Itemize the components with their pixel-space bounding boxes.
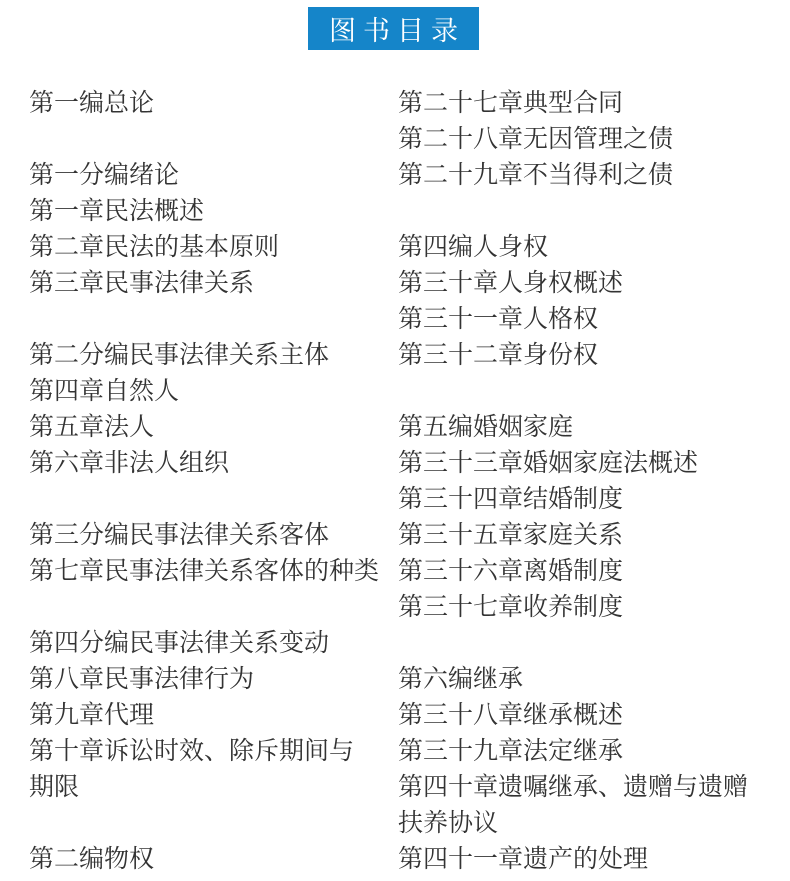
toc-entry: 第二十八章无因管理之债 bbox=[398, 121, 786, 157]
toc-entry: 期限 bbox=[29, 769, 395, 805]
toc-entry: 第三十章人身权概述 bbox=[398, 265, 786, 301]
toc-entry: 第三十五章家庭关系 bbox=[398, 517, 786, 553]
toc-entry: 第二十七章典型合同 bbox=[398, 85, 786, 121]
toc-blank-line bbox=[29, 121, 395, 157]
toc-entry: 第九章代理 bbox=[29, 697, 395, 733]
toc-entry: 第三十三章婚姻家庭法概述 bbox=[398, 445, 786, 481]
toc-blank-line bbox=[398, 625, 786, 661]
toc-entry: 第六编继承 bbox=[398, 661, 786, 697]
toc-entry: 第五编婚姻家庭 bbox=[398, 409, 786, 445]
toc-entry: 第五章法人 bbox=[29, 409, 395, 445]
toc-column-left: 第一编总论第一分编绪论第一章民法概述第二章民法的基本原则第三章民事法律关系第二分… bbox=[29, 85, 395, 877]
toc-entry: 第三章民事法律关系 bbox=[29, 265, 395, 301]
toc-entry: 第三十一章人格权 bbox=[398, 301, 786, 337]
toc-entry: 第四分编民事法律关系变动 bbox=[29, 625, 395, 661]
toc-columns: 第一编总论第一分编绪论第一章民法概述第二章民法的基本原则第三章民事法律关系第二分… bbox=[0, 85, 790, 881]
toc-blank-line bbox=[29, 805, 395, 841]
toc-entry: 第四章自然人 bbox=[29, 373, 395, 409]
toc-column-right: 第二十七章典型合同第二十八章无因管理之债第二十九章不当得利之债第四编人身权第三十… bbox=[398, 85, 786, 877]
toc-entry: 第八章民事法律行为 bbox=[29, 661, 395, 697]
toc-blank-line bbox=[29, 589, 395, 625]
toc-entry: 第三十二章身份权 bbox=[398, 337, 786, 373]
toc-blank-line bbox=[398, 373, 786, 409]
toc-blank-line bbox=[29, 481, 395, 517]
toc-blank-line bbox=[398, 193, 786, 229]
toc-entry: 第四十一章遗产的处理 bbox=[398, 841, 786, 877]
toc-entry: 第二编物权 bbox=[29, 841, 395, 877]
toc-entry: 第三十六章离婚制度 bbox=[398, 553, 786, 589]
toc-blank-line bbox=[29, 301, 395, 337]
toc-entry: 第四编人身权 bbox=[398, 229, 786, 265]
toc-entry: 第三十七章收养制度 bbox=[398, 589, 786, 625]
toc-entry: 第四十章遗嘱继承、遗赠与遗赠 bbox=[398, 769, 786, 805]
toc-entry: 第六章非法人组织 bbox=[29, 445, 395, 481]
toc-entry: 第二章民法的基本原则 bbox=[29, 229, 395, 265]
toc-entry: 第十章诉讼时效、除斥期间与 bbox=[29, 733, 395, 769]
page-title-banner: 图书目录 bbox=[308, 7, 479, 50]
toc-entry: 第三十八章继承概述 bbox=[398, 697, 786, 733]
toc-entry: 第二分编民事法律关系主体 bbox=[29, 337, 395, 373]
toc-entry: 第三分编民事法律关系客体 bbox=[29, 517, 395, 553]
toc-entry: 第一编总论 bbox=[29, 85, 395, 121]
toc-entry: 第三十九章法定继承 bbox=[398, 733, 786, 769]
toc-entry: 第三十四章结婚制度 bbox=[398, 481, 786, 517]
page-title: 图书目录 bbox=[322, 9, 465, 48]
toc-entry: 第二十九章不当得利之债 bbox=[398, 157, 786, 193]
toc-entry: 扶养协议 bbox=[398, 805, 786, 841]
toc-entry: 第七章民事法律关系客体的种类 bbox=[29, 553, 395, 589]
toc-entry: 第一分编绪论 bbox=[29, 157, 395, 193]
toc-entry: 第一章民法概述 bbox=[29, 193, 395, 229]
